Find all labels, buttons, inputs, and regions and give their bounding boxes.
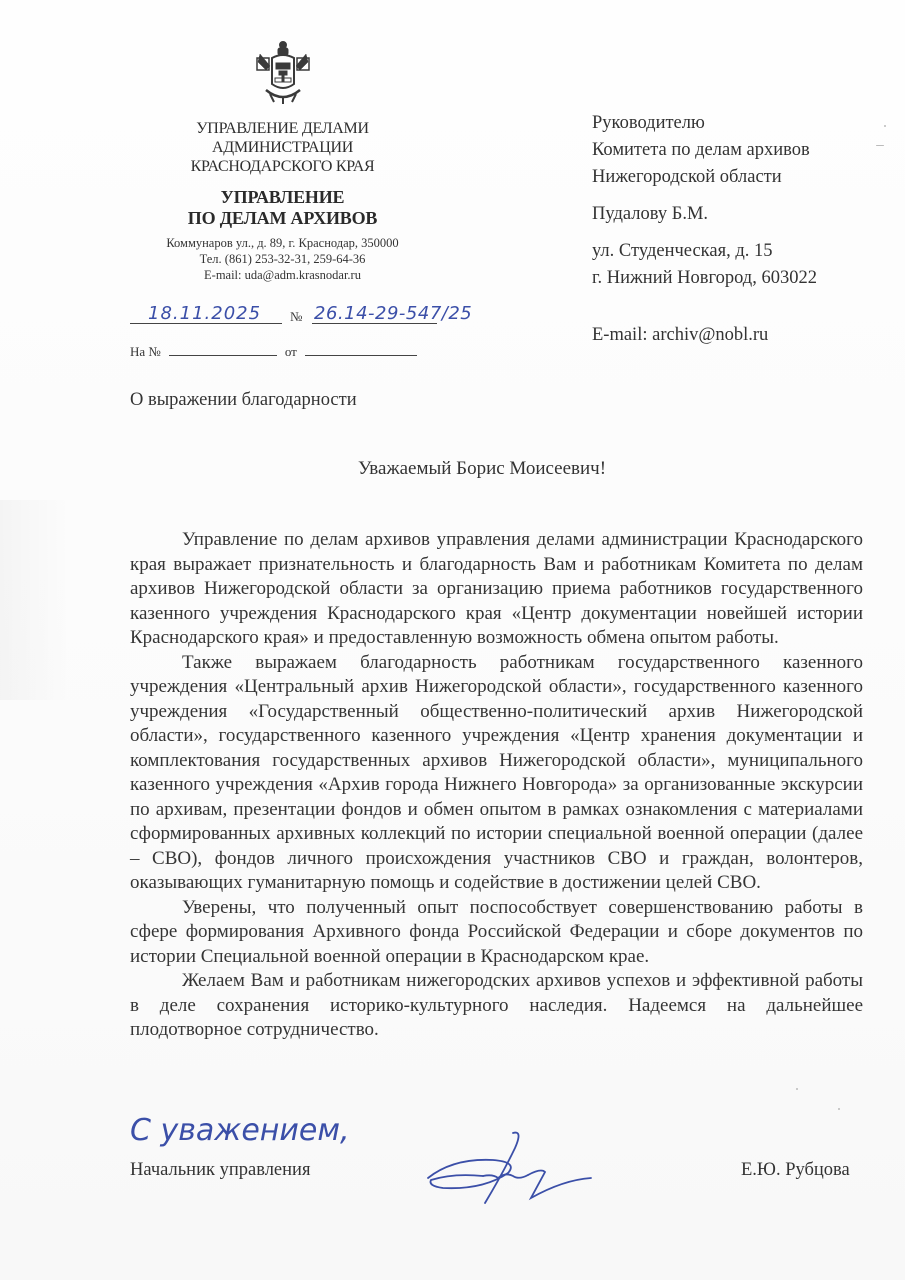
from-label: от xyxy=(285,344,297,359)
coat-of-arms-icon xyxy=(252,40,314,110)
number-sign: № xyxy=(290,309,302,325)
letterhead: УПРАВЛЕНИЕ ДЕЛАМИ АДМИНИСТРАЦИИ КРАСНОДА… xyxy=(130,40,435,283)
scan-speck xyxy=(796,1088,798,1090)
in-reply-date-blank xyxy=(305,345,417,356)
registration-number: 26.14-29-547/25 xyxy=(314,303,472,324)
sender-address: Коммунаров ул., д. 89, г. Краснодар, 350… xyxy=(130,235,435,251)
registration-line: 18.11.2025 № 26.14-29-547/25 xyxy=(130,303,460,329)
handwritten-closing: С уважением, xyxy=(130,1113,350,1148)
greeting: Уважаемый Борис Моисеевич! xyxy=(358,458,606,480)
paragraph: Также выражаем благодарность работникам … xyxy=(130,651,863,896)
paragraph: Управление по делам архивов управления д… xyxy=(130,528,863,651)
letter-page: УПРАВЛЕНИЕ ДЕЛАМИ АДМИНИСТРАЦИИ КРАСНОДА… xyxy=(0,0,905,1280)
recipient-position: Нижегородской области xyxy=(592,164,882,191)
signature-icon xyxy=(423,1128,593,1208)
sender-phone: Тел. (861) 253-32-31, 259-64-36 xyxy=(130,251,435,267)
org-name-line: ПО ДЕЛАМ АРХИВОВ xyxy=(130,208,435,229)
parent-org-line: УПРАВЛЕНИЕ ДЕЛАМИ xyxy=(130,119,435,138)
recipient-address: ул. Студенческая, д. 15 xyxy=(592,238,882,265)
parent-org-line: АДМИНИСТРАЦИИ xyxy=(130,138,435,157)
recipient-position: Комитета по делам архивов xyxy=(592,137,882,164)
sender-email: E-mail: uda@adm.krasnodar.ru xyxy=(130,267,435,283)
registration-date: 18.11.2025 xyxy=(148,303,261,324)
recipient-email: E-mail: archiv@nobl.ru xyxy=(592,322,882,349)
parent-org-line: КРАСНОДАРСКОГО КРАЯ xyxy=(130,157,435,176)
signer-name: Е.Ю. Рубцова xyxy=(741,1160,850,1181)
letter-body: Управление по делам архивов управления д… xyxy=(130,528,863,1043)
paragraph: Желаем Вам и работникам нижегородских ар… xyxy=(130,969,863,1043)
in-reply-line: На №от xyxy=(130,344,425,360)
recipient-block: Руководителю Комитета по делам архивов Н… xyxy=(592,110,882,349)
in-reply-label: На № xyxy=(130,344,161,359)
in-reply-number-blank xyxy=(169,345,277,356)
org-name-line: УПРАВЛЕНИЕ xyxy=(130,187,435,208)
scan-shadow xyxy=(0,500,70,700)
recipient-position: Руководителю xyxy=(592,110,882,137)
scan-speck xyxy=(884,125,886,127)
scan-speck xyxy=(838,1108,840,1110)
paragraph: Уверены, что полученный опыт поспособств… xyxy=(130,896,863,970)
letter-subject: О выражении благодарности xyxy=(130,390,357,411)
recipient-address: г. Нижний Новгород, 603022 xyxy=(592,265,882,292)
signer-position: Начальник управления xyxy=(130,1160,310,1181)
recipient-name: Пудалову Б.М. xyxy=(592,201,882,228)
scan-speck xyxy=(876,145,884,146)
